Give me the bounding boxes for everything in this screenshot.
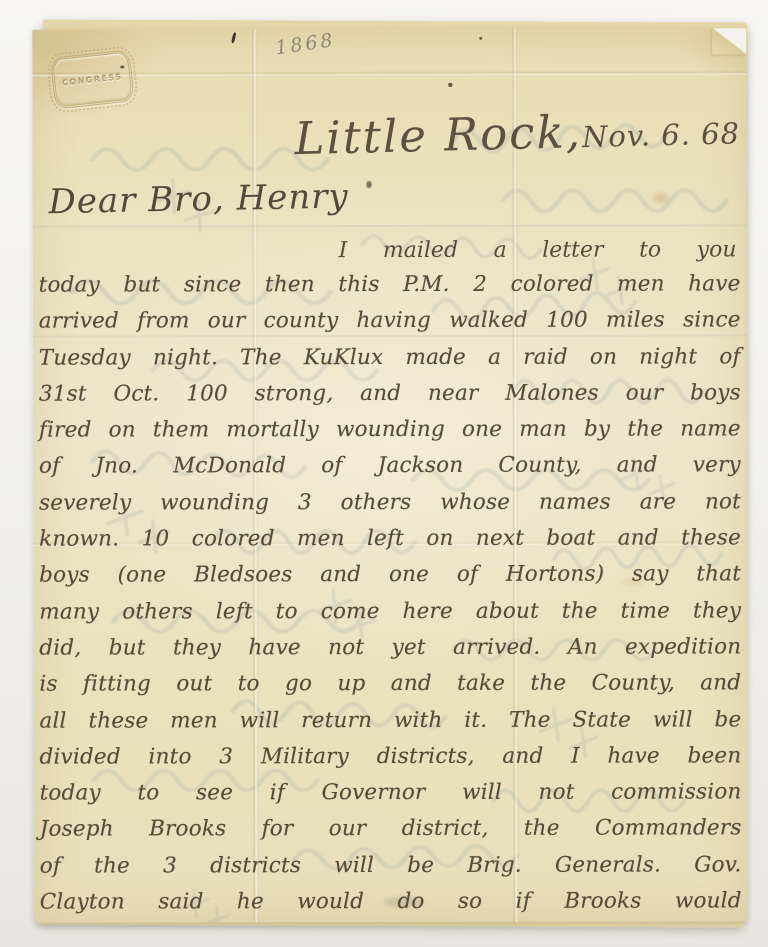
letter-opening-line: Imailedalettertoyou — [339, 237, 737, 263]
dateline-place: Little Rock, — [294, 105, 583, 165]
dateline: Little Rock, Nov. 6. 68 — [294, 101, 733, 165]
letter-line: ofJno.McDonaldofJacksonCounty,andvery — [39, 453, 741, 491]
letter-line: todaytoseeifGovernorwillnotcommission — [40, 780, 742, 818]
letter-line: Tuesdaynight.TheKuKluxmadearaidonnightof — [39, 344, 741, 382]
letter-line: JosephBrooksforourdistrict,theCommanders — [40, 816, 742, 854]
show-through-rule-line — [33, 224, 747, 227]
letter-line: dividedinto3Militarydistricts,andIhavebe… — [39, 743, 741, 781]
letter-line: severelywounding3otherswhosenamesarenot — [39, 489, 741, 527]
salutation: Dear Bro, Henry — [48, 176, 349, 222]
letter-line: ofthe3districtswillbeBrig.Generals.Gov. — [40, 852, 742, 890]
seal-text: CONGRESS — [62, 72, 123, 87]
letter-line: todaybutsincethenthisP.M.2coloredmenhave — [39, 271, 741, 309]
fold-crease-horizontal-top — [32, 70, 746, 77]
letter-line: arrivedfromourcountyhavingwalked100miles… — [39, 308, 741, 346]
pencil-year-annotation: 1868 — [274, 29, 337, 59]
letter-line: isfittingouttogoupandtaketheCounty,and — [39, 671, 741, 709]
letter-paper: CONGRESS 1868 Little Rock, Nov. 6. 68 De… — [32, 28, 748, 922]
ink-blot — [366, 181, 371, 188]
ink-speck — [231, 32, 237, 43]
dog-ear-corner-fold — [712, 28, 746, 54]
letter-line: 31stOct.100strong,andnearMalonesourboys — [39, 380, 741, 418]
letter-line: boys(oneBledsoesandoneofHortons)saythat — [39, 562, 741, 600]
scanned-letter-page: CONGRESS 1868 Little Rock, Nov. 6. 68 De… — [0, 0, 768, 947]
letter-line: ClaytonsaidhewoulddosoifBrookswould — [40, 888, 742, 926]
ink-speck — [479, 37, 482, 40]
letter-line: manyotherslefttocomehereaboutthetimethey — [39, 598, 741, 636]
letter-line: did,buttheyhavenotyetarrived.Anexpeditio… — [39, 634, 741, 672]
ink-speck — [448, 83, 452, 87]
letter-body: todaybutsincethenthisP.M.2coloredmenhave… — [39, 271, 742, 926]
letter-line: firedonthemmortallywoundingonemanbythena… — [39, 417, 741, 455]
embossed-stationer-seal: CONGRESS — [50, 49, 135, 109]
dateline-date: Nov. 6. 68 — [582, 116, 741, 154]
letter-line: allthesemenwillreturnwithit.TheStatewill… — [39, 707, 741, 745]
letter-line: known.10coloredmenleftonnextboatandthese — [39, 525, 741, 563]
ink-speck — [120, 65, 124, 68]
